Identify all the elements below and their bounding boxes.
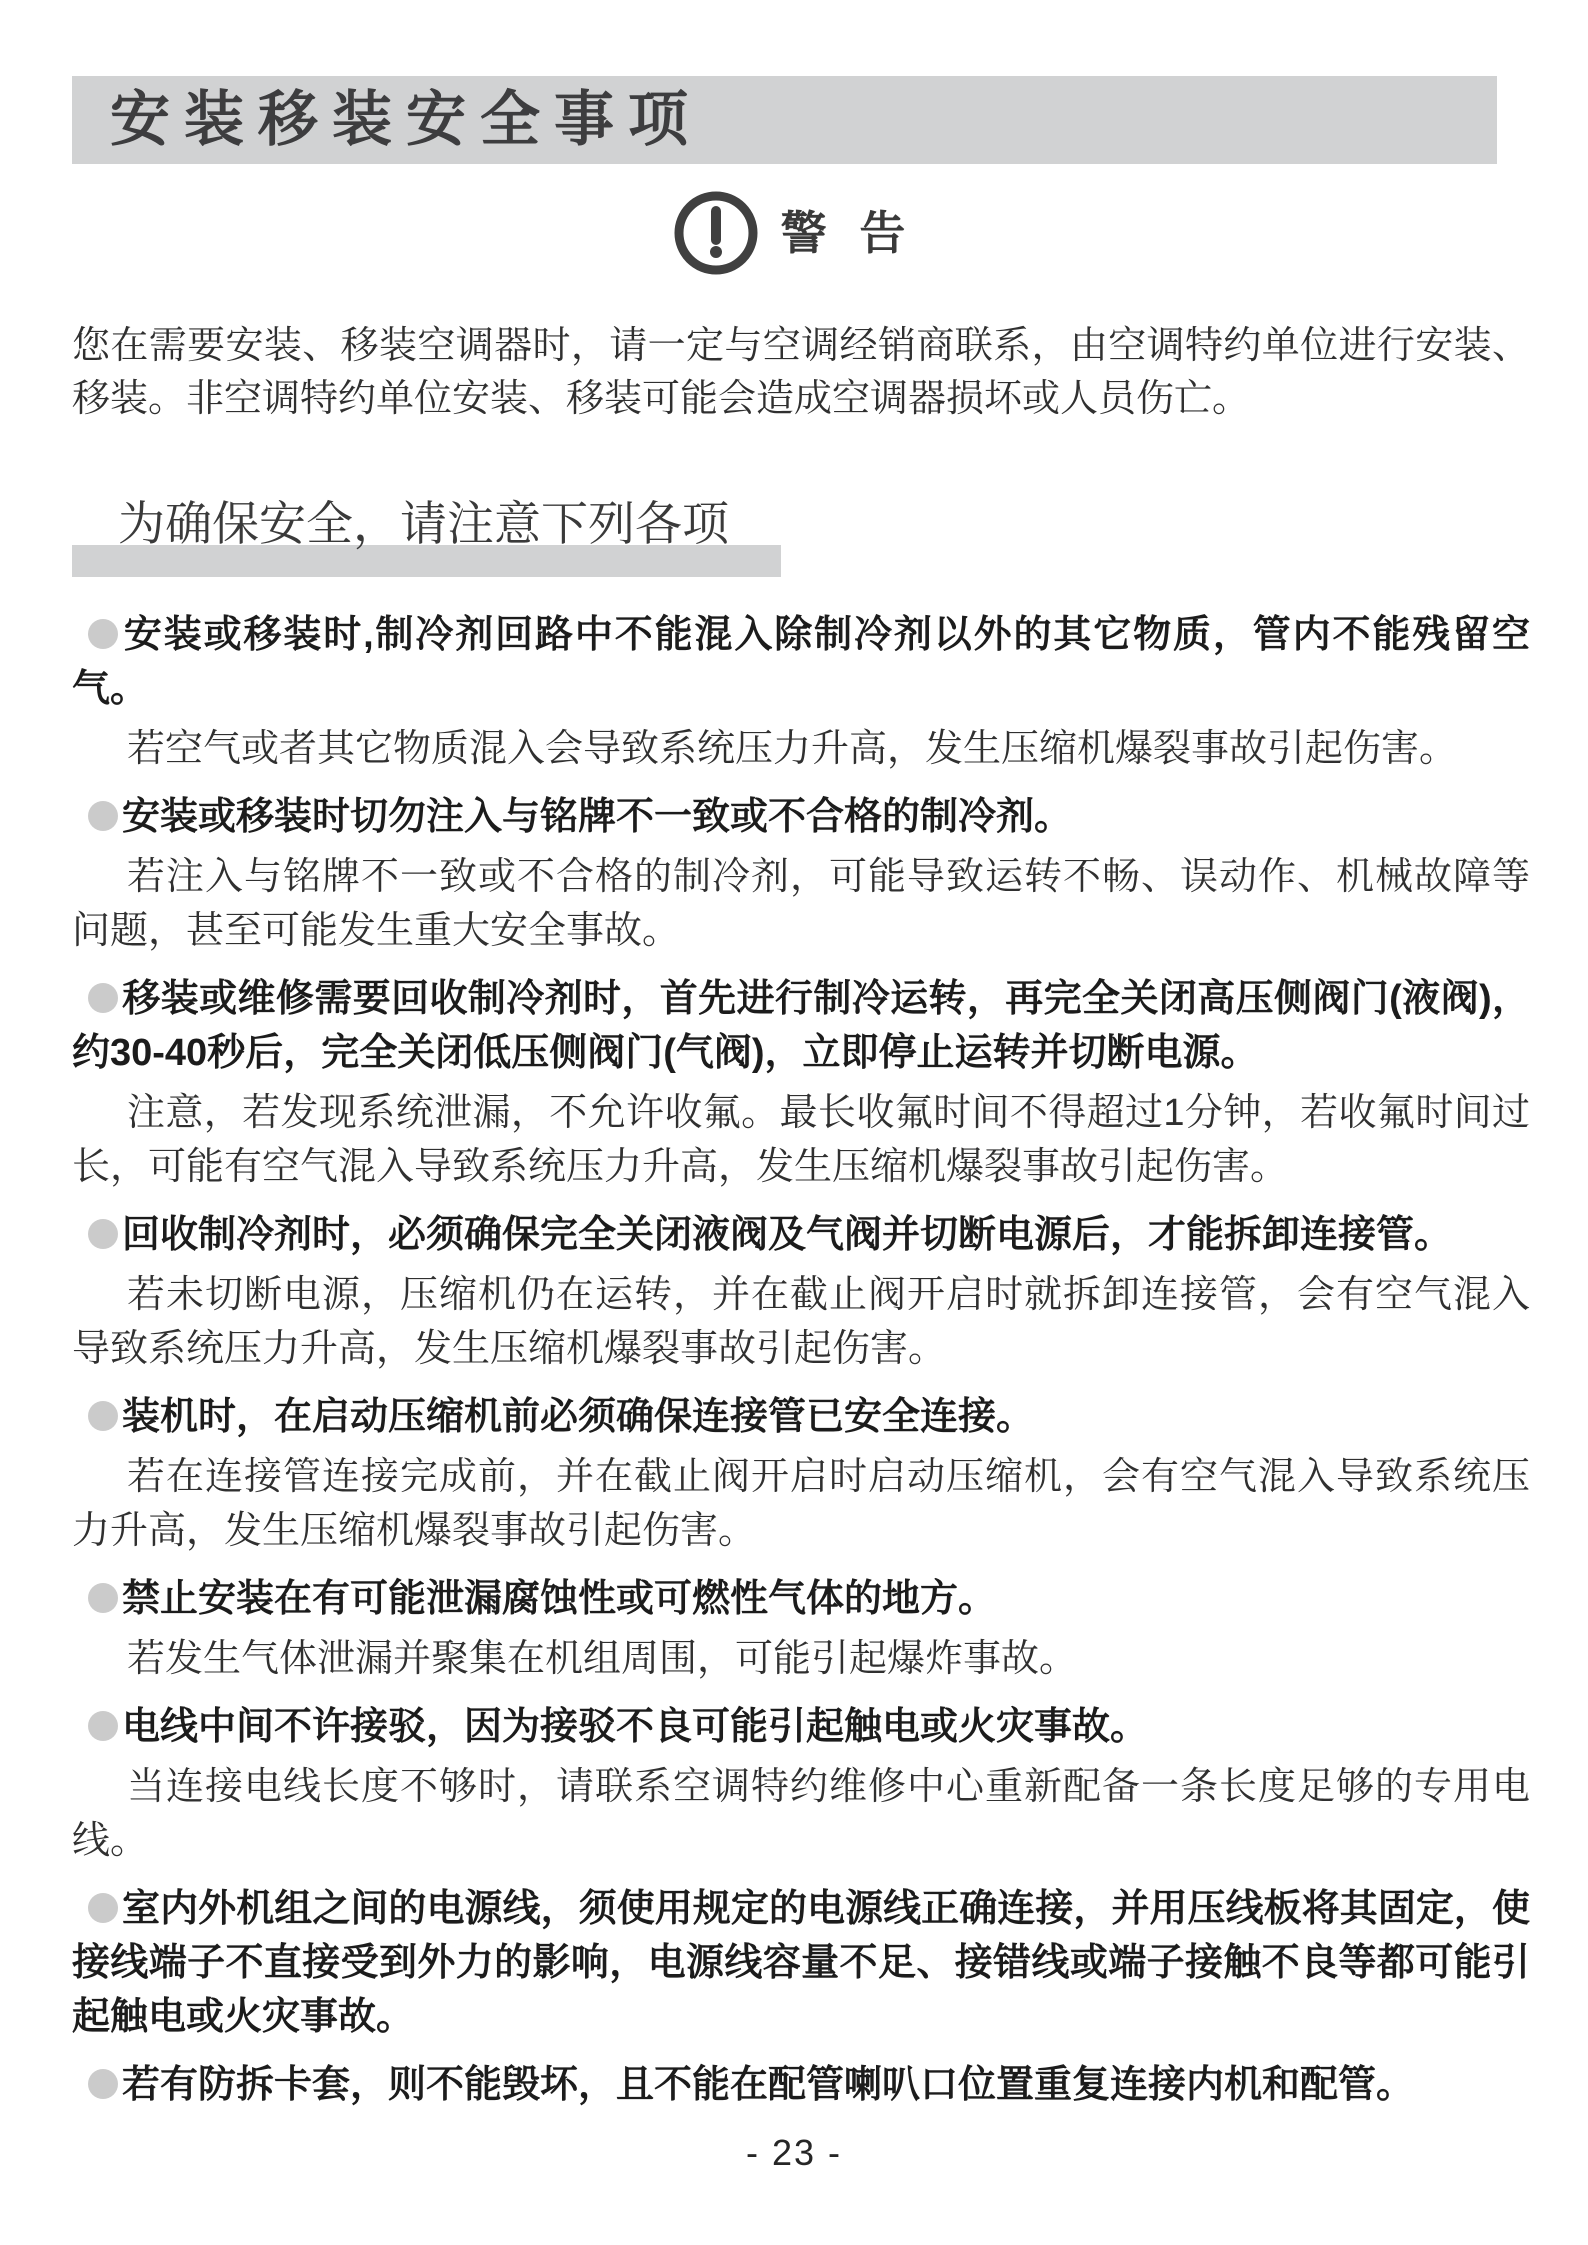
- safety-item: 室内外机组之间的电源线，须使用规定的电源线正确连接，并用压线板将其固定，使接线端…: [72, 1882, 1530, 2044]
- bullet-icon: [88, 1893, 118, 1923]
- safety-item-head-text: 装机时，在启动压缩机前必须确保连接管已安全连接。: [122, 1396, 1034, 1438]
- safety-item: 移装或维修需要回收制冷剂时，首先进行制冷运转，再完全关闭高压侧阀门(液阀)，约3…: [72, 972, 1530, 1194]
- safety-item-head-text: 安装或移装时切勿注入与铭牌不一致或不合格的制冷剂。: [122, 796, 1072, 838]
- section-heading: 为确保安全，请注意下列各项: [72, 500, 781, 577]
- safety-item-detail: 若发生气体泄漏并聚集在机组周围，可能引起爆炸事故。: [72, 1632, 1530, 1686]
- safety-item-head: 安装或移装时切勿注入与铭牌不一致或不合格的制冷剂。: [72, 790, 1530, 844]
- safety-item-head-text: 电线中间不许接驳，因为接驳不良可能引起触电或火灾事故。: [122, 1706, 1148, 1748]
- safety-item-head: 回收制冷剂时，必须确保完全关闭液阀及气阀并切断电源后，才能拆卸连接管。: [72, 1208, 1530, 1262]
- exclamation-circle-icon: [673, 190, 759, 276]
- safety-item-detail: 若未切断电源，压缩机仍在运转，并在截止阀开启时就拆卸连接管，会有空气混入导致系统…: [72, 1268, 1530, 1376]
- safety-item: 回收制冷剂时，必须确保完全关闭液阀及气阀并切断电源后，才能拆卸连接管。 若未切断…: [72, 1208, 1530, 1376]
- safety-item: 若有防拆卡套，则不能毁坏，且不能在配管喇叭口位置重复连接内机和配管。: [72, 2058, 1530, 2112]
- warning-intro-text: 您在需要安装、移装空调器时，请一定与空调经销商联系，由空调特约单位进行安装、移装…: [72, 320, 1530, 426]
- safety-item: 电线中间不许接驳，因为接驳不良可能引起触电或火灾事故。 当连接电线长度不够时，请…: [72, 1700, 1530, 1868]
- safety-item-head-text: 回收制冷剂时，必须确保完全关闭液阀及气阀并切断电源后，才能拆卸连接管。: [122, 1214, 1452, 1256]
- safety-item-head-text: 禁止安装在有可能泄漏腐蚀性或可燃性气体的地方。: [122, 1578, 996, 1620]
- bullet-icon: [88, 2069, 118, 2099]
- safety-item-head-text: 室内外机组之间的电源线，须使用规定的电源线正确连接，并用压线板将其固定，使接线端…: [72, 1888, 1530, 2038]
- page-number: - 23 -: [0, 2132, 1588, 2174]
- bullet-icon: [88, 1711, 118, 1741]
- page-title-banner: 安装移装安全事项: [72, 76, 1497, 164]
- bullet-icon: [88, 1583, 118, 1613]
- safety-item-head: 电线中间不许接驳，因为接驳不良可能引起触电或火灾事故。: [72, 1700, 1530, 1754]
- manual-page: 安装移装安全事项 警 告 您在需要安装、移装空调器时，请一定与空调经销商联系，由…: [0, 0, 1588, 2245]
- safety-item-head-text: 移装或维修需要回收制冷剂时，首先进行制冷运转，再完全关闭高压侧阀门(液阀)，约3…: [72, 978, 1530, 1074]
- safety-item-head: 安装或移装时,制冷剂回路中不能混入除制冷剂以外的其它物质，管内不能残留空气。: [72, 608, 1530, 716]
- bullet-icon: [88, 1401, 118, 1431]
- safety-item: 装机时，在启动压缩机前必须确保连接管已安全连接。 若在连接管连接完成前，并在截止…: [72, 1390, 1530, 1558]
- safety-item-head: 装机时，在启动压缩机前必须确保连接管已安全连接。: [72, 1390, 1530, 1444]
- warning-mark: 警 告: [0, 190, 1588, 276]
- safety-item-detail: 若在连接管连接完成前，并在截止阀开启时启动压缩机，会有空气混入导致系统压力升高，…: [72, 1450, 1530, 1558]
- warning-label: 警 告: [781, 210, 916, 256]
- safety-item-detail: 注意，若发现系统泄漏，不允许收氟。最长收氟时间不得超过1分钟，若收氟时间过长，可…: [72, 1086, 1530, 1194]
- bullet-icon: [88, 801, 118, 831]
- safety-item-head-text: 安装或移装时,制冷剂回路中不能混入除制冷剂以外的其它物质，管内不能残留空气。: [72, 614, 1530, 710]
- safety-item-detail: 当连接电线长度不够时，请联系空调特约维修中心重新配备一条长度足够的专用电线。: [72, 1760, 1530, 1868]
- safety-item: 禁止安装在有可能泄漏腐蚀性或可燃性气体的地方。 若发生气体泄漏并聚集在机组周围，…: [72, 1572, 1530, 1686]
- safety-item-head: 移装或维修需要回收制冷剂时，首先进行制冷运转，再完全关闭高压侧阀门(液阀)，约3…: [72, 972, 1530, 1080]
- safety-list: 安装或移装时,制冷剂回路中不能混入除制冷剂以外的其它物质，管内不能残留空气。 若…: [72, 608, 1530, 2112]
- safety-item-head: 若有防拆卡套，则不能毁坏，且不能在配管喇叭口位置重复连接内机和配管。: [72, 2058, 1530, 2112]
- safety-item-head-text: 若有防拆卡套，则不能毁坏，且不能在配管喇叭口位置重复连接内机和配管。: [122, 2064, 1414, 2106]
- safety-item-detail: 若空气或者其它物质混入会导致系统压力升高，发生压缩机爆裂事故引起伤害。: [72, 722, 1530, 776]
- bullet-icon: [88, 619, 118, 649]
- bullet-icon: [88, 983, 118, 1013]
- safety-item: 安装或移装时切勿注入与铭牌不一致或不合格的制冷剂。 若注入与铭牌不一致或不合格的…: [72, 790, 1530, 958]
- safety-item-detail: 若注入与铭牌不一致或不合格的制冷剂，可能导致运转不畅、误动作、机械故障等问题，甚…: [72, 850, 1530, 958]
- page-title: 安装移装安全事项: [110, 90, 702, 150]
- safety-item-head: 禁止安装在有可能泄漏腐蚀性或可燃性气体的地方。: [72, 1572, 1530, 1626]
- safety-item: 安装或移装时,制冷剂回路中不能混入除制冷剂以外的其它物质，管内不能残留空气。 若…: [72, 608, 1530, 776]
- safety-item-head: 室内外机组之间的电源线，须使用规定的电源线正确连接，并用压线板将其固定，使接线端…: [72, 1882, 1530, 2044]
- bullet-icon: [88, 1219, 118, 1249]
